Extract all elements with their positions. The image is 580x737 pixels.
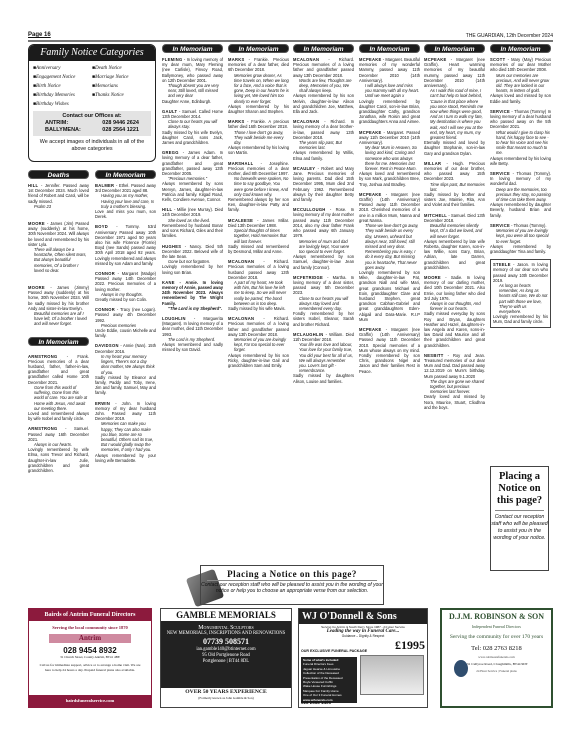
- memoriam-notice: SERVICE - Thomas (Tommy).Memories of you…: [490, 223, 551, 254]
- memoriam-notice: MCPEAKE - Margaret (nee Graffin). Heart …: [424, 57, 485, 156]
- wj-package: OUR EXCLUSIVE FUNERAL PACKAGE£1995: [299, 638, 427, 653]
- djm-web: www.robinsonsfunerals.com: [442, 655, 551, 659]
- memoriam-notice: MCLAUGHLIN - William. Died 11th December…: [293, 332, 354, 384]
- memoriam-notice: KANE - Annie. In loving memory of Annie,…: [162, 280, 223, 311]
- memoriam-notice: SCOTT - Mary (May) Precious memories of …: [490, 57, 551, 104]
- funeral-home-photo: [360, 655, 424, 695]
- page-header: Page 16 THE GUARDIAN, 12th December 2024: [28, 28, 553, 40]
- category-item: Thanks Notice: [92, 91, 151, 100]
- wj-package-label: OUR EXCLUSIVE FUNERAL PACKAGE: [301, 649, 367, 653]
- placing-notice-wide-box: Placing a Notice on this page? Contact o…: [200, 565, 384, 605]
- bairds-town: Antrim: [49, 634, 131, 643]
- memoriam-notice: HUGHES - Nancy. Died 5th December 2022. …: [162, 244, 223, 275]
- memoriam-notice: ERWIN - John. In loving memory of my dea…: [95, 401, 156, 463]
- category-item: Death Notice: [92, 64, 151, 73]
- category-item: Memorians: [92, 82, 151, 91]
- bairds-message: Call us for immediate support, advice or…: [37, 663, 143, 672]
- contact-heading: Contact our Offices at:: [39, 113, 145, 120]
- category-item: Birth Notice: [33, 82, 92, 91]
- placing-notice-body: Contact our reception staff who will be …: [201, 582, 383, 594]
- memoriam-notice: MCALONAN - Richard. Precious memories of…: [228, 259, 289, 311]
- gamble-footer: OVER 50 YEARS EXPERIENCE: [161, 688, 291, 696]
- column-3: In Memoriam FLEMING - In loving memory o…: [162, 44, 223, 357]
- office-name: ANTRIM:: [45, 120, 68, 127]
- office-phone: 028 2564 1221: [102, 127, 139, 134]
- column-8: In Memoriam SCOTT - Mary (May) Precious …: [490, 44, 551, 333]
- memoriam-notice: SERVICE - Thomas (Tommy) In loving memor…: [490, 109, 551, 166]
- placing-notice-body: Contact our reception staff who will be …: [491, 514, 548, 542]
- djm-title: D.J.M. ROBINSON & SON: [442, 612, 551, 621]
- death-notice: MOORE - James (Jimmy) Passed away (sudde…: [28, 285, 89, 327]
- categories-list: Anniversary Death Notice Engagement Noti…: [29, 61, 155, 109]
- djm-tel: Tel: 028 2763 8218: [442, 645, 551, 652]
- memoriam-notice: MITCHELL - Samuel. Died 13th December 20…: [424, 213, 485, 270]
- gamble-address2: Portglenone | BT44 8DL: [163, 659, 289, 665]
- column-deaths: Deaths HILL - Jennifer. Passed away 1st …: [28, 170, 89, 478]
- family-notice-categories-box: Family Notice Categories Anniversary Dea…: [28, 44, 156, 162]
- bairds-phone: 028 9454 8932: [29, 646, 151, 655]
- djm-serving: Serving the community for over 170 years: [442, 634, 551, 640]
- in-memoriam-header: In Memoriam: [95, 170, 156, 179]
- gamble-body: Monumental Sculptors NEW MEMORIALS, INSC…: [161, 622, 291, 688]
- death-notice: HILL - Jennifer. Passed away 1st Decembe…: [28, 183, 89, 209]
- category-item: Anniversary: [33, 64, 92, 73]
- in-memoriam-header: In Memoriam: [424, 44, 485, 53]
- bairds-advert: Bairds of Antrim Funeral Directors Servi…: [28, 608, 152, 708]
- categories-title: Family Notice Categories: [29, 45, 155, 61]
- death-notice: MOORE - James (Jim) Passed away (suddenl…: [28, 221, 89, 273]
- crest-icon: [454, 660, 468, 677]
- in-memoriam-header: In Memoriam: [228, 44, 289, 53]
- placing-notice-title: Placing a Notice on this page?: [495, 471, 544, 511]
- memoriam-notice: MCCULLOUGH - Rose. In loving memory of m…: [293, 207, 354, 269]
- memoriam-notice: ARMSTRONG - Samuel. Passed away 16th Dec…: [28, 426, 89, 473]
- contact-offices: Contact our Offices at: ANTRIM:028 9446 …: [33, 111, 151, 136]
- bairds-title: Bairds of Antrim Funeral Directors: [29, 609, 151, 621]
- memoriam-notice: SERVICE - Thomas (Tommy). In loving memo…: [490, 171, 551, 218]
- gamble-title: GAMBLE MEMORIALS: [161, 609, 291, 622]
- memoriam-notice: DAVIDSON - Annie (Nan). 15th December 20…: [95, 343, 156, 395]
- wj-phone: 028 2568 1406: [301, 700, 331, 705]
- memoriam-notice: MCPEAKE - Margaret. Passed away 11th Dec…: [359, 130, 420, 187]
- deaths-header: Deaths: [28, 170, 89, 179]
- memoriam-notice: CONNOR - Margaret (Madge) Passed away 14…: [95, 271, 156, 302]
- column-5: In Memoriam MCALONAN - Richard. Precious…: [293, 44, 354, 389]
- wj-includes-list: Some of what's included: Funeral Directo…: [301, 657, 357, 703]
- in-memoriam-header: In Memoriam: [28, 337, 89, 346]
- memoriam-notice: MCALONAN - Richard. Precious memories of…: [228, 316, 289, 368]
- memoriam-notice: MARKS - Frankie. Precious memories of a …: [228, 57, 289, 114]
- bairds-website: bairdsfuneralservice.com: [29, 695, 151, 707]
- office-row: ANTRIM:028 9446 2624: [39, 120, 145, 127]
- memoriam-notice: BALMER - Ethel. Passed away 3rd December…: [95, 183, 156, 219]
- office-phone: 028 9446 2624: [102, 120, 139, 127]
- category-item: Marriage Notice: [92, 73, 151, 82]
- memoriam-notice: BOYD - Tommy. 53rd Anniversary Passed aw…: [95, 224, 156, 266]
- bairds-tagline: Serving the local community since 1870: [29, 625, 151, 630]
- newspaper-page: Page 16 THE GUARDIAN, 12th December 2024…: [28, 28, 553, 718]
- column-4: In Memoriam MARKS - Frankie. Precious me…: [228, 44, 289, 373]
- memoriam-notice: ARMSTRONG - Frank. Precious memories of …: [28, 354, 89, 422]
- memoriam-notice: MOORE - Sadie. In loving memory of our d…: [424, 275, 485, 348]
- wj-title: WJ O'Donnell & Sons: [299, 609, 427, 624]
- memoriam-notice: FLEMING - In loving memory of my dear mu…: [162, 57, 223, 104]
- memoriam-notice: MILLAR - Hugh. Precious memories of our …: [424, 161, 485, 208]
- column-6: In Memoriam MCPEAKE - Margaret. Beautifu…: [359, 44, 420, 379]
- category-item: Engagement Notice: [33, 73, 92, 82]
- memoriam-notice: HILL - Millie (nee Murray). Died 14th De…: [162, 207, 223, 238]
- memoriam-notice: MCALONAN - Richard. In loving memory of …: [293, 119, 354, 161]
- in-memoriam-header: In Memoriam: [293, 44, 354, 53]
- memoriam-notice: LOUGHLIN - Marguerita (Margaret). In lov…: [162, 316, 223, 352]
- in-memoriam-header: In Memoriam: [162, 44, 223, 53]
- memoriam-notice: MCPEAKE - Margaret (nee Graffin) (14th A…: [359, 327, 420, 374]
- category-item: Birthday Memories: [33, 91, 92, 100]
- memoriam-notice: MCPEAKE - Margaret. Beautiful memories o…: [359, 57, 420, 125]
- memoriam-notice: GAULT - Samuel. Called Home 13th Decembe…: [162, 109, 223, 145]
- gamble-phone: 07739 508571: [163, 637, 289, 647]
- in-memoriam-header: In Memoriam: [490, 44, 551, 53]
- bairds-address: 31 Church Street, County Antrim, BT41 4B…: [29, 655, 151, 659]
- wj-odonnell-advert: WJ O'Donnell & Sons Serving Co Antrim & …: [298, 608, 428, 708]
- page-number: Page 16: [28, 32, 51, 38]
- memoriam-notice: MCFETRIDGE - Martha. In loving memory of…: [293, 275, 354, 327]
- memoriam-notice: GREGG - James Adam. In loving memory of …: [162, 150, 223, 202]
- placing-notice-title: Placing a Notice on this page?: [207, 569, 377, 581]
- memoriam-notice: MCALEESE - James Millar. Died 13th Decem…: [228, 218, 289, 254]
- djm-sub: Independent Funeral Directors: [442, 624, 551, 629]
- memoriam-notice: MCPEAKE - Margaret (nee Graffin) (14th A…: [359, 192, 420, 322]
- gamble-memorials-advert: GAMBLE MEMORIALS Monumental Sculptors NE…: [160, 608, 292, 708]
- office-row: BALLYMENA:028 2564 1221: [39, 127, 145, 134]
- category-item: Birthday Wishes: [33, 100, 92, 109]
- office-name: BALLYMENA:: [45, 127, 81, 134]
- memoriam-notice: NESBITT - Roy and Jean. Treasured memori…: [424, 353, 485, 410]
- memoriam-notice: CONNOR - Tracy (nee Logan). Passed away …: [95, 307, 156, 338]
- header-rule: [28, 40, 553, 42]
- gamble-footer2: (Formerly known as John Gamble & Son): [161, 696, 291, 700]
- column-2: In Memoriam BALMER - Ethel. Passed away …: [95, 170, 156, 468]
- djm-robinson-advert: D.J.M. ROBINSON & SON Independent Funera…: [440, 608, 553, 708]
- memoriam-notice: MCALONAN - Richard. Precious memories of…: [293, 57, 354, 114]
- steele-notice-box: STEELE - Jason. In loving memory of our …: [490, 259, 551, 327]
- publication-date: THE GUARDIAN, 12th December 2024: [466, 33, 553, 39]
- images-note: We accept images of individuals in all o…: [29, 138, 155, 154]
- wj-price: £1995: [395, 638, 425, 653]
- memoriam-notice: MCAULEY - Robert and Mary Jane. Precious…: [293, 166, 354, 202]
- column-7: In Memoriam MCPEAKE - Margaret (nee Graf…: [424, 44, 485, 415]
- memoriam-notice: MARSHALL - Josephine. Precious memories …: [228, 161, 289, 213]
- in-memoriam-header: In Memoriam: [359, 44, 420, 53]
- memoriam-notice: MARKS - Frankie. A precious father died …: [228, 119, 289, 155]
- placing-notice-tall-box: Placing a Notice on this page? Contact o…: [490, 466, 549, 571]
